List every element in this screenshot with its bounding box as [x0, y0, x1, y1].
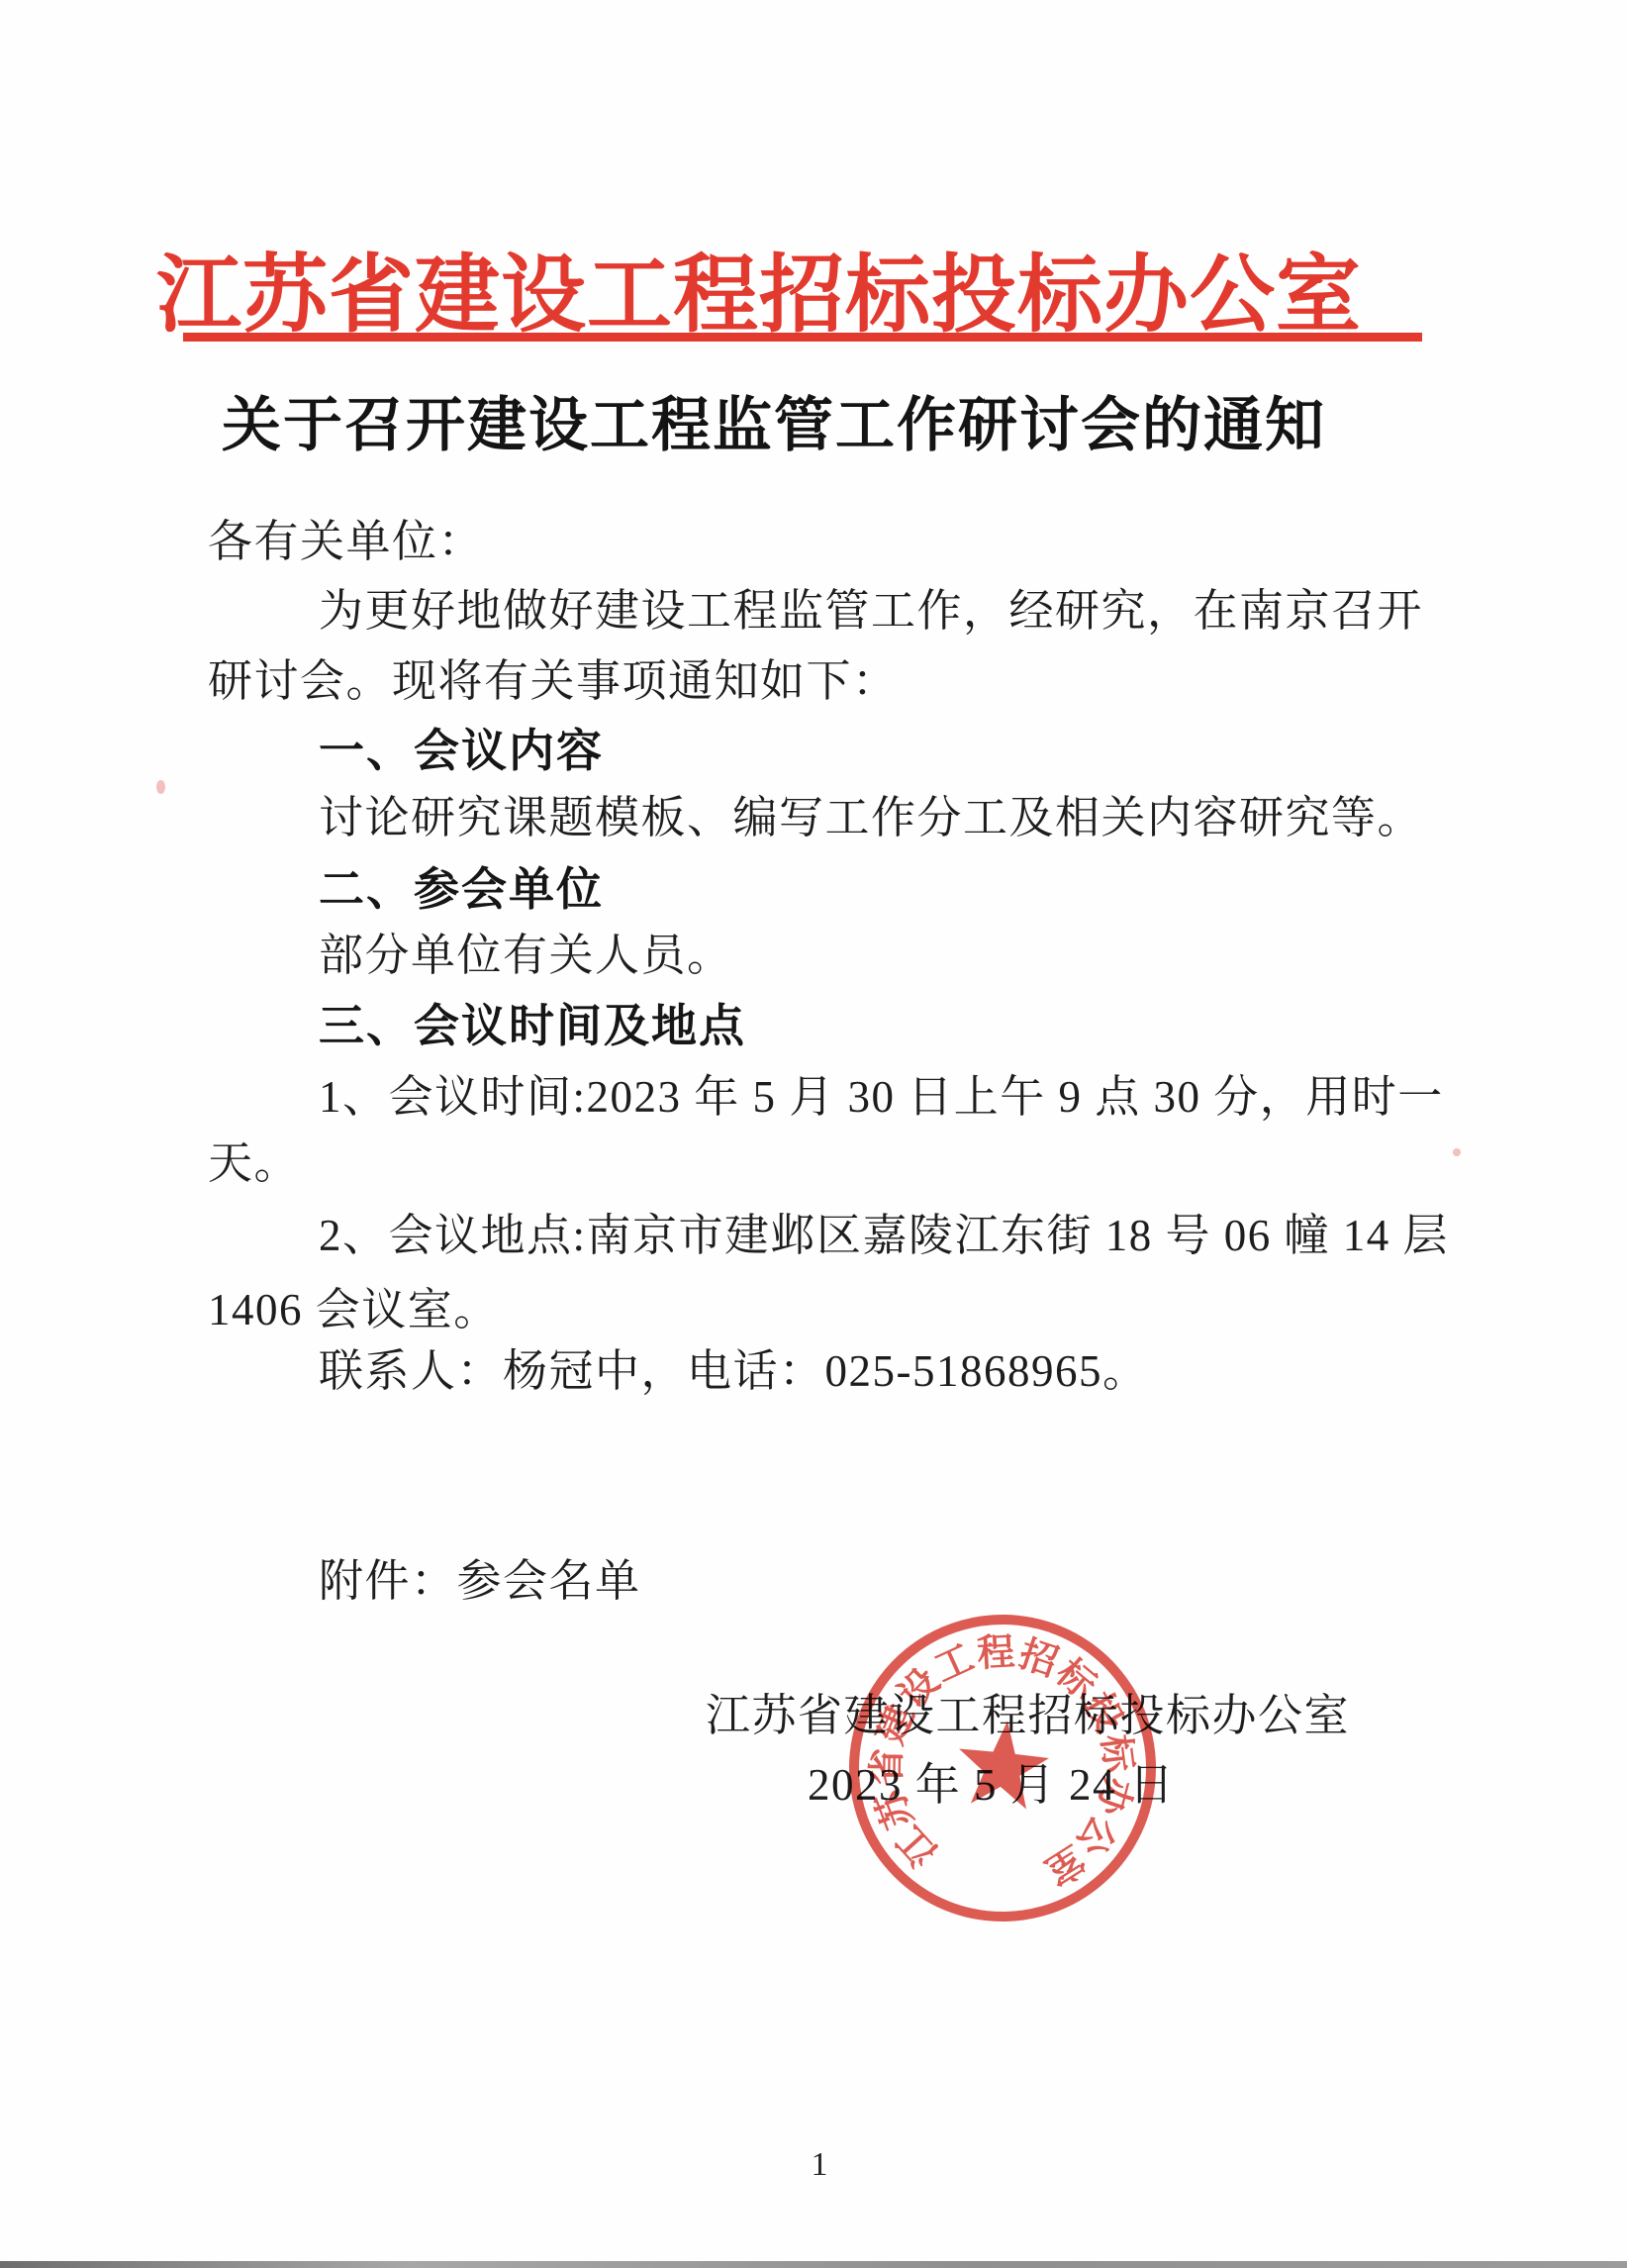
ink-speck	[156, 780, 165, 794]
letterhead-org-title: 江苏省建设工程招标投标办公室	[156, 226, 1362, 348]
section-heading-1: 一、会议内容	[319, 725, 604, 776]
salutation-line: 各有关单位：	[208, 516, 484, 567]
scan-edge	[0, 2261, 1627, 2268]
body-line: 研讨会。现将有关事项通知如下：	[208, 655, 899, 707]
document-title: 关于召开建设工程监管工作研讨会的通知	[222, 378, 1326, 463]
page-number: 1	[798, 2146, 841, 2184]
section-heading-3: 三、会议时间及地点	[319, 1000, 746, 1051]
seal-star-icon	[953, 1716, 1052, 1811]
body-line: 为更好地做好建设工程监管工作，经研究，在南京召开	[319, 585, 1423, 637]
letterhead-divider-rule	[183, 333, 1422, 342]
section-heading-2: 二、参会单位	[319, 863, 604, 915]
official-seal: 江苏省建设工程招标投标办公室	[807, 1572, 1198, 1964]
body-line: 1、会议时间:2023 年 5 月 30 日上午 9 点 30 分，用时一	[319, 1071, 1444, 1123]
body-line: 2、会议地点:南京市建邺区嘉陵江东街 18 号 06 幢 14 层	[319, 1210, 1449, 1261]
document-page: 江苏省建设工程招标投标办公室 关于召开建设工程监管工作研讨会的通知 各有关单位：…	[0, 0, 1627, 2268]
body-line: 1406 会议室。	[208, 1284, 500, 1335]
body-line: 部分单位有关人员。	[319, 930, 733, 981]
contact-line: 联系人：杨冠中，电话：025-51868965。	[319, 1345, 1149, 1397]
body-line: 讨论研究课题模板、编写工作分工及相关内容研究等。	[319, 792, 1423, 843]
attachment-line: 附件：参会名单	[319, 1555, 641, 1607]
ink-speck	[1453, 1148, 1461, 1156]
body-line: 天。	[208, 1137, 300, 1189]
